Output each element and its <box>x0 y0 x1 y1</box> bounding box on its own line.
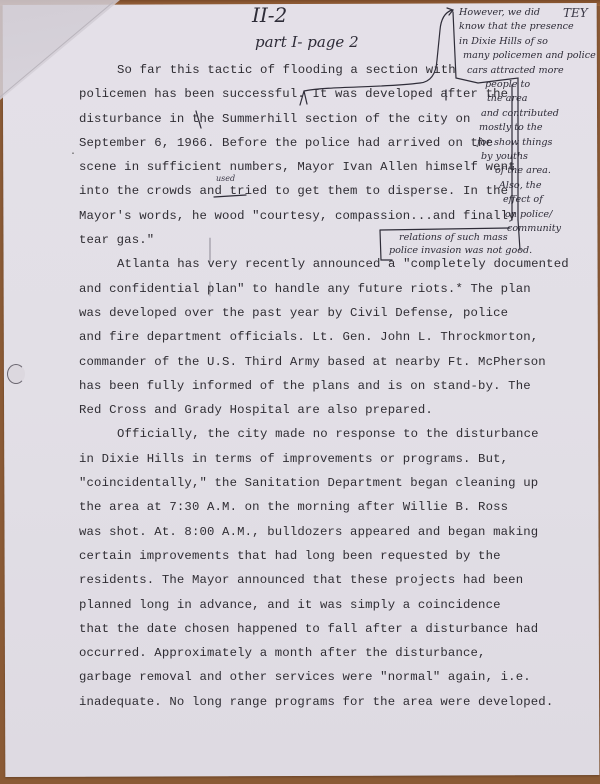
text-line: commander of the U.S. Third Army based a… <box>79 350 549 374</box>
text-line: garbage removal and other services were … <box>79 665 549 689</box>
margin-note-line: effect of <box>455 193 600 207</box>
margin-note-line: many policemen and police <box>455 49 600 63</box>
text-line: the area at 7:30 A.M. on the morning aft… <box>79 495 549 519</box>
text-line: and confidential plan" to handle any fut… <box>79 277 549 301</box>
text-line: residents. The Mayor announced that thes… <box>79 568 549 592</box>
paragraph-3: Officially, the city made no response to… <box>79 422 549 714</box>
interlinear-correction: used <box>216 174 235 183</box>
text-line: was developed over the past year by Civi… <box>79 301 549 325</box>
margin-note-line: mostly to the <box>455 121 600 135</box>
text-line: Officially, the city made no response to… <box>79 422 549 446</box>
text-line: certain improvements that had long been … <box>79 544 549 568</box>
text-line: that the date chosen happened to fall af… <box>79 617 549 641</box>
boxed-note-line: relations of such mass <box>383 231 532 244</box>
margin-note-line: in Dixie Hills of so <box>455 35 600 49</box>
text-line: inadequate. No long range programs for t… <box>79 690 549 714</box>
margin-note-line: cars attracted more <box>455 64 600 78</box>
text-line: has been fully informed of the plans and… <box>79 374 549 398</box>
margin-note-line: However, we did <box>455 6 600 20</box>
boxed-note: relations of such mass police invasion w… <box>383 231 532 257</box>
punch-hole-icon <box>7 364 25 384</box>
text-line: occurred. Approximately a month after th… <box>79 641 549 665</box>
text-line: "coincidentally," the Sanitation Departm… <box>79 471 549 495</box>
margin-note: However, we did know that the presence i… <box>455 6 600 237</box>
margin-dot: . <box>70 147 76 158</box>
text-line: planned long in advance, and it was simp… <box>79 593 549 617</box>
margin-note-line: the area <box>455 92 600 106</box>
text-line: and fire department officials. Lt. Gen. … <box>79 325 549 349</box>
margin-note-line: of the area. <box>455 164 600 178</box>
margin-note-line: Also, the <box>455 179 600 193</box>
margin-note-line: know that the presence <box>455 20 600 34</box>
margin-note-line: by youths <box>455 150 600 164</box>
margin-note-line: on police/ <box>455 208 600 222</box>
text-line: in Dixie Hills in terms of improvements … <box>79 447 549 471</box>
text-line: Red Cross and Grady Hospital are also pr… <box>79 398 549 422</box>
paragraph-2: Atlanta has very recently announced a "c… <box>79 252 549 422</box>
margin-note-line: for show things <box>455 136 600 150</box>
boxed-note-line: police invasion was not good. <box>383 244 532 257</box>
text-line: was shot. At. 8:00 A.M., bulldozers appe… <box>79 520 549 544</box>
page-number: II-2 <box>252 3 287 27</box>
part-label: part I- page 2 <box>255 33 359 51</box>
margin-note-line: and contributed <box>455 107 600 121</box>
margin-note-line: people to <box>455 78 600 92</box>
